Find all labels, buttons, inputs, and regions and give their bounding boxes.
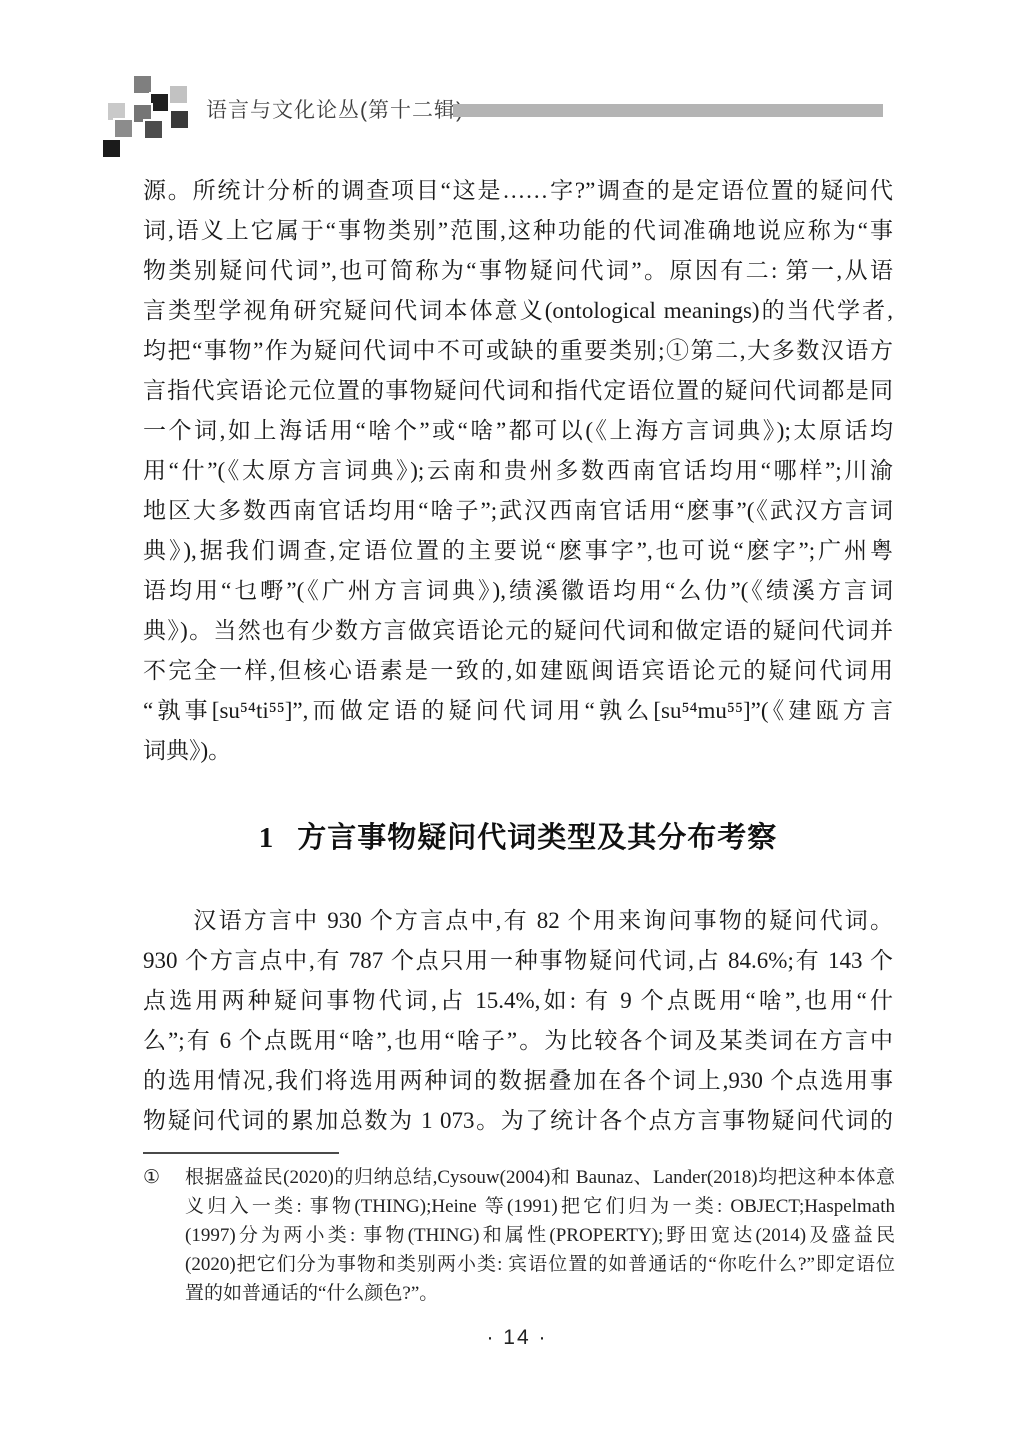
text-line: (2020)把它们分为事物和类别两小类: 宾语位置的如普通话的“你吃什么?”即定… [185, 1250, 895, 1279]
paragraph: 汉语方言中 930 个方言点中,有 82 个用来询问事物的疑问代词。930 个方… [143, 901, 893, 1141]
text-line: 一个词,如上海话用“啥个”或“啥”都可以(《上海方言词典》);太原话均 [143, 411, 893, 451]
text-line: 物类别疑问代词”,也可简称为“事物疑问代词”。原因有二: 第一,从语 [143, 251, 893, 291]
text-line: 均把“事物”作为疑问代词中不可或缺的重要类别;①第二,大多数汉语方 [143, 331, 893, 371]
header-rule [453, 104, 883, 117]
logo-square [145, 121, 162, 138]
page-number: · 14 · [0, 1326, 1034, 1350]
text-line: 言指代宾语论元位置的事物疑问代词和指代定语位置的疑问代词都是同 [143, 371, 893, 411]
section-heading: 1方言事物疑问代词类型及其分布考察 [143, 816, 893, 860]
logo-square [171, 111, 188, 128]
book-page: 语言与文化论丛(第十二辑) 源。所统计分析的调查项目“这是……字?”调查的是定语… [0, 0, 1034, 1447]
text-line: 义归入一类: 事物(THING);Heine 等(1991)把它们归为一类: O… [185, 1192, 895, 1221]
text-line: 置的如普通话的“什么颜色?”。 [185, 1279, 895, 1308]
text-line: 根据盛益民(2020)的归纳总结,Cysouw(2004)和 Baunaz、La… [185, 1163, 895, 1192]
paragraph-continuation: 源。所统计分析的调查项目“这是……字?”调查的是定语位置的疑问代词,语义上它属于… [143, 171, 893, 771]
text-line: 930 个方言点中,有 787 个点只用一种事物疑问代词,占 84.6%;有 1… [143, 941, 893, 981]
section-number: 1 [259, 822, 274, 854]
footnote-body: 根据盛益民(2020)的归纳总结,Cysouw(2004)和 Baunaz、La… [185, 1163, 895, 1308]
text-line: 词典》)。 [143, 731, 893, 771]
text-line: 用“什”(《太原方言词典》);云南和贵州多数西南官话均用“哪样”;川渝 [143, 451, 893, 491]
text-line: 典》),据我们调查,定语位置的主要说“麽事字”,也可说“麽字”;广州粤 [143, 531, 893, 571]
text-line: 源。所统计分析的调查项目“这是……字?”调查的是定语位置的疑问代 [143, 171, 893, 211]
text-line: 语均用“乜嘢”(《广州方言词典》),绩溪徽语均用“么仂”(《绩溪方言词 [143, 571, 893, 611]
logo-square [170, 86, 187, 103]
text-line: 汉语方言中 930 个方言点中,有 82 个用来询问事物的疑问代词。 [143, 901, 893, 941]
text-line: 地区大多数西南官话均用“啥子”;武汉西南官话用“麽事”(《武汉方言词 [143, 491, 893, 531]
text-line: 物疑问代词的累加总数为 1 073。为了统计各个点方言事物疑问代词的 [143, 1101, 893, 1141]
text-line: 言类型学视角研究疑问代词本体意义(ontological meanings)的当… [143, 291, 893, 331]
text-line: 不完全一样,但核心语素是一致的,如建瓯闽语宾语论元的疑问代词用 [143, 651, 893, 691]
text-line: 词,语义上它属于“事物类别”范围,这种功能的代词准确地说应称为“事 [143, 211, 893, 251]
text-line: 的选用情况,我们将选用两种词的数据叠加在各个词上,930 个点选用事 [143, 1061, 893, 1101]
text-line: “孰事[su⁵⁴ti⁵⁵]”,而做定语的疑问代词用“孰么[su⁵⁴mu⁵⁵]”(… [143, 691, 893, 731]
logo-square [134, 76, 151, 93]
logo-square [103, 140, 120, 157]
logo-square [151, 94, 168, 111]
text-line: 点选用两种疑问事物代词,占 15.4%,如: 有 9 个点既用“啥”,也用“什 [143, 981, 893, 1021]
logo-square [115, 120, 132, 137]
footnote: ① 根据盛益民(2020)的归纳总结,Cysouw(2004)和 Baunaz、… [143, 1163, 895, 1308]
series-title: 语言与文化论丛(第十二辑) [206, 94, 464, 124]
publisher-logo [95, 68, 205, 173]
logo-square [108, 103, 125, 120]
text-line: 么”;有 6 个点既用“啥”,也用“啥子”。为比较各个词及某类词在方言中 [143, 1021, 893, 1061]
section-title: 方言事物疑问代词类型及其分布考察 [297, 822, 777, 854]
logo-square [134, 105, 151, 122]
footnote-separator [143, 1152, 339, 1154]
footnote-marker: ① [143, 1163, 160, 1192]
text-line: (1997)分为两小类: 事物(THING)和属性(PROPERTY);野田宽达… [185, 1221, 895, 1250]
text-line: 典》)。当然也有少数方言做宾语论元的疑问代词和做定语的疑问代词并 [143, 611, 893, 651]
